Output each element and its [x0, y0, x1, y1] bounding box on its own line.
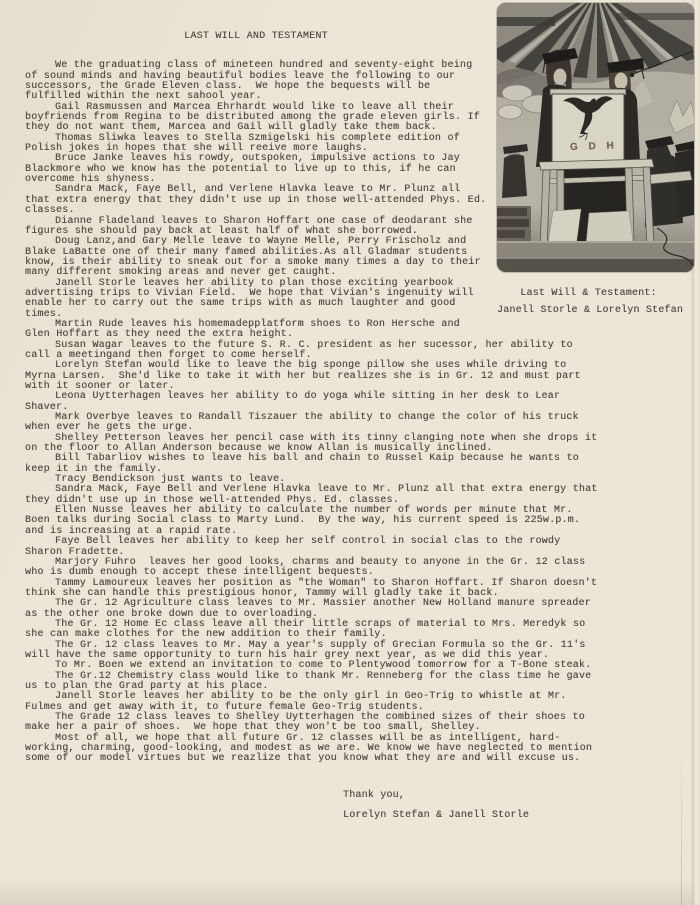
- graduation-photo: G D H: [497, 3, 694, 272]
- will-paragraph: The Grade 12 class leaves to Shelley Uyt…: [25, 713, 600, 734]
- will-paragraph: Janell Storle leaves her ability to be t…: [25, 692, 600, 713]
- will-paragraph: Tammy Lamoureux leaves her position as "…: [25, 579, 600, 600]
- will-paragraph: Faye Bell leaves her ability to keep her…: [25, 537, 600, 558]
- will-paragraph: Marjory Fuhro leaves her good looks, cha…: [25, 558, 600, 579]
- will-paragraph: Martin Rude leaves his homemadepplatform…: [25, 320, 600, 341]
- podium: G D H: [550, 89, 626, 164]
- will-paragraph: Sandra Mack, Faye Bell and Verlene Hlavk…: [25, 485, 600, 506]
- page-title: LAST WILL AND TESTAMENT: [25, 32, 572, 42]
- will-paragraph: Lorelyn Stefan would like to leave the b…: [25, 361, 600, 392]
- will-paragraph: Ellen Nusse leaves her ability to calcul…: [25, 506, 600, 537]
- podium-letters: G D H: [570, 140, 618, 153]
- yearbook-page: G D H: [0, 0, 700, 905]
- will-paragraph: Bill Tabarliov wishes to leave his ball …: [25, 454, 600, 475]
- will-paragraph: Leona Uytterhagen leaves her ability to …: [25, 392, 600, 413]
- graduation-photo-illustration: G D H: [497, 3, 694, 272]
- will-paragraph: Susan Wagar leaves to the future S. R. C…: [25, 341, 600, 362]
- closing-thanks: Thank you,: [343, 786, 600, 806]
- page-gutter-shadow: [0, 0, 26, 905]
- will-paragraph: The Gr. 12 Home Ec class leave all their…: [25, 620, 600, 641]
- photo-figure: G D H: [497, 3, 694, 319]
- will-paragraph: The Gr.12 Chemistry class would like to …: [25, 672, 600, 693]
- will-paragraph: Shelley Petterson leaves her pencil case…: [25, 434, 600, 455]
- will-paragraph: Most of all, we hope that all future Gr.…: [25, 734, 600, 765]
- closing-signature: Lorelyn Stefan & Janell Storle: [343, 806, 600, 826]
- page-content: G D H: [25, 0, 600, 905]
- will-paragraph: Mark Overbye leaves to Randall Tiszauer …: [25, 413, 600, 434]
- photo-caption: Last Will & Testament: Janell Storle & L…: [497, 285, 694, 319]
- will-paragraph: The Gr. 12 Agriculture class leaves to M…: [25, 599, 600, 620]
- page-crease: [681, 745, 682, 905]
- will-paragraph: The Gr. 12 class leaves to Mr. May a yea…: [25, 641, 600, 662]
- photo-caption-line2: Janell Storle & Lorelyn Stefan: [497, 302, 680, 319]
- closing-block: Thank you, Lorelyn Stefan & Janell Storl…: [343, 786, 600, 826]
- photo-caption-line1: Last Will & Testament:: [497, 285, 680, 302]
